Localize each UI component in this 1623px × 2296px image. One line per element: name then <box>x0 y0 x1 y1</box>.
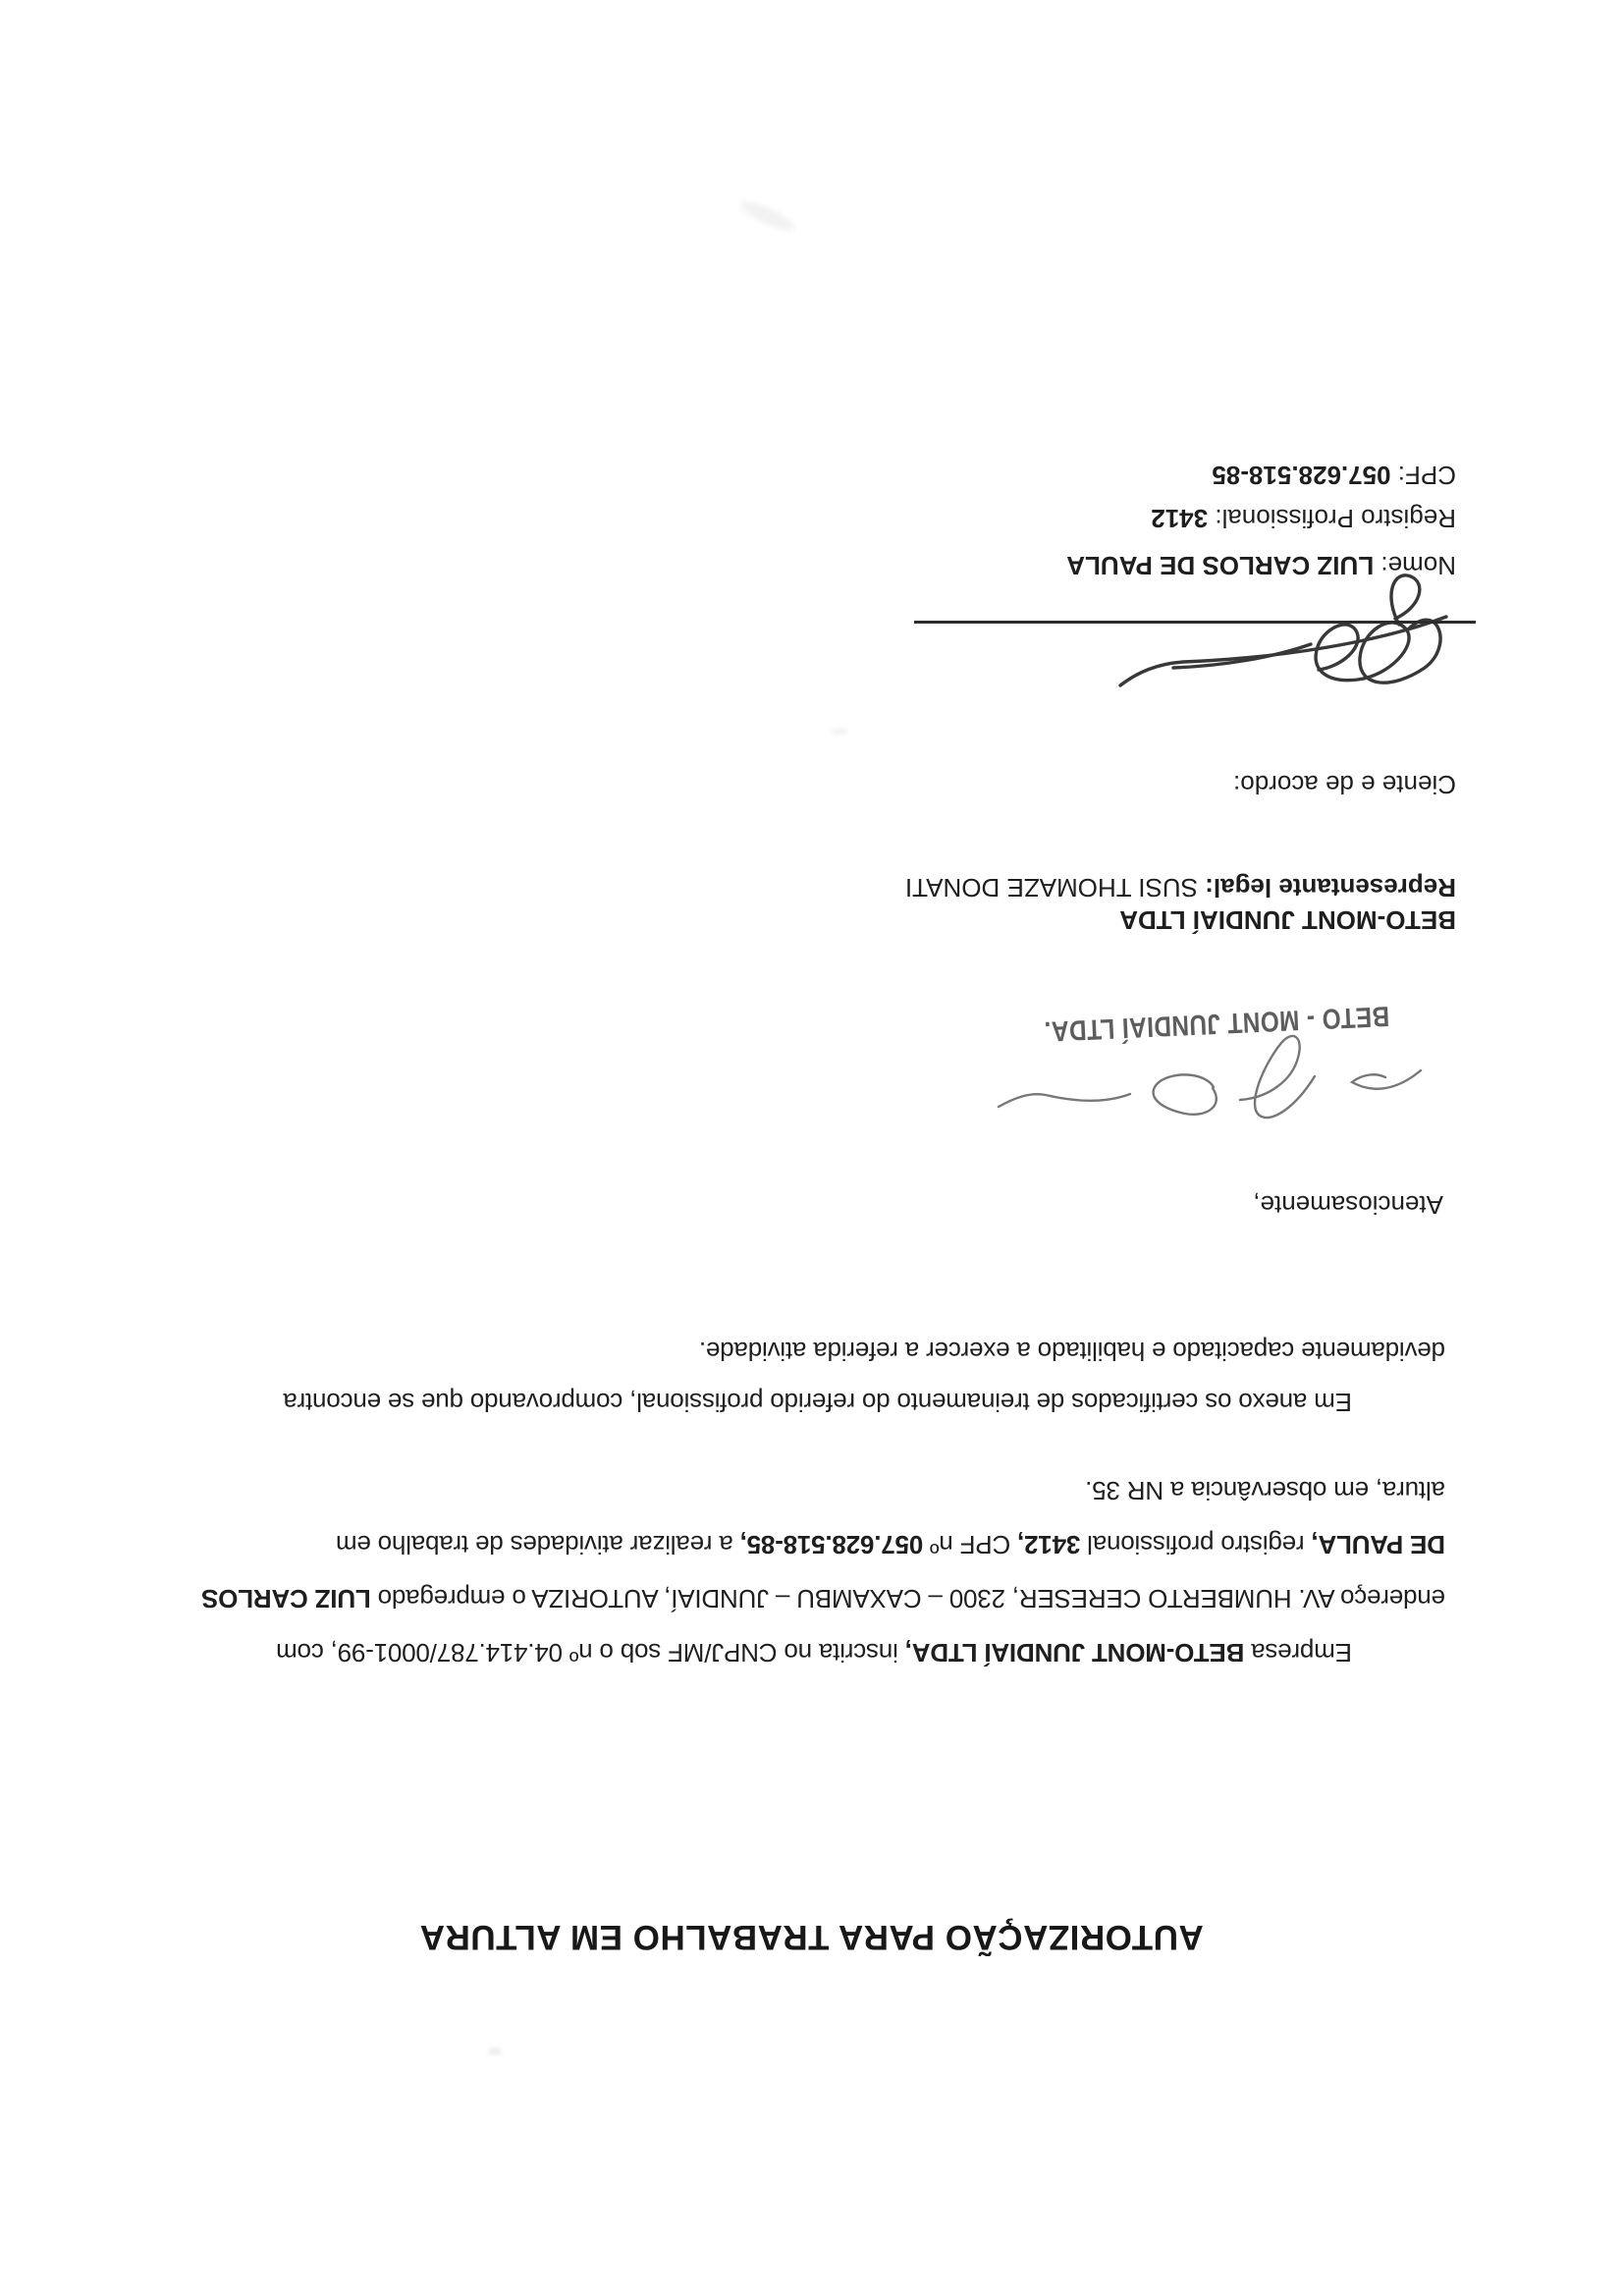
employee-cpf-line: CPF: 057.628.518-85 <box>1212 460 1456 490</box>
employee-name-bold: LUIZ CARLOS <box>201 1584 371 1613</box>
paragraph-line: devidamente capacitado e habilitado a ex… <box>139 1326 1445 1377</box>
cpf-number-bold: 057.628.518-85, <box>740 1530 923 1559</box>
paragraph-line: Em anexo os certificados de treinamento … <box>139 1377 1445 1428</box>
attachments-paragraph: Em anexo os certificados de treinamento … <box>139 1326 1445 1428</box>
acknowledgement-label: Ciente e de acordo: <box>1233 769 1456 799</box>
document-title: AUTORIZAÇÃO PARA TRABALHO EM ALTURA <box>0 1917 1623 1956</box>
paragraph-line: altura, em observância a NR 35. <box>139 1463 1445 1517</box>
name-label: Nome: <box>1374 551 1456 580</box>
text-segment: endereço AV. HUMBERTO CERESER, 2300 – CA… <box>371 1584 1445 1613</box>
paragraph-line: Empresa BETO-MONT JUNDIAÍ LTDA, inscrita… <box>139 1625 1445 1679</box>
text-segment: Em anexo os certificados de treinamento … <box>284 1388 1352 1417</box>
signature-line <box>914 621 1476 624</box>
text-segment: Empresa <box>1244 1638 1352 1667</box>
registry-value: 3412 <box>1151 504 1208 533</box>
text-segment: a realizar atividades de trabalho em <box>336 1530 740 1559</box>
employee-name-bold: DE PAULA, <box>1312 1530 1445 1559</box>
representative-name: SUSI THOMAZE DONATI <box>905 873 1198 902</box>
text-segment: registro profissional <box>1080 1530 1311 1559</box>
representative-line: Representante legal: SUSI THOMAZE DONATI <box>905 872 1456 902</box>
company-name-line: BETO-MONT JUNDIAÍ LTDA <box>1119 904 1456 935</box>
text-segment: inscrita no CNPJ/MF sob o nº 04.414.787/… <box>276 1638 905 1667</box>
text-segment: CPF nº <box>923 1530 1017 1559</box>
registry-number-bold: 3412, <box>1017 1530 1080 1559</box>
paragraph-line: endereço AV. HUMBERTO CERESER, 2300 – CA… <box>139 1571 1445 1625</box>
employee-name-line: Nome: LUIZ CARLOS DE PAULA <box>1066 550 1456 580</box>
representative-label: Representante legal: <box>1198 873 1456 902</box>
scanned-document-page: AUTORIZAÇÃO PARA TRABALHO EM ALTURA Empr… <box>0 0 1623 2296</box>
name-value: LUIZ CARLOS DE PAULA <box>1066 551 1374 580</box>
text-segment: altura, em observância a NR 35. <box>1085 1476 1445 1505</box>
cpf-value: 057.628.518-85 <box>1212 461 1390 490</box>
document-content-rotated-180: AUTORIZAÇÃO PARA TRABALHO EM ALTURA Empr… <box>0 0 1623 2296</box>
employee-registry-line: Registro Profissional: 3412 <box>1151 503 1456 533</box>
registry-label: Registro Profissional: <box>1208 504 1456 533</box>
closing-salutation: Atenciosamente, <box>1253 1189 1443 1220</box>
authorization-paragraph: Empresa BETO-MONT JUNDIAÍ LTDA, inscrita… <box>139 1463 1445 1679</box>
text-segment: devidamente capacitado e habilitado a ex… <box>699 1337 1445 1366</box>
paragraph-line: DE PAULA, registro profissional 3412, CP… <box>139 1517 1445 1571</box>
cpf-label: CPF: <box>1391 461 1456 490</box>
company-name-bold: BETO-MONT JUNDIAÍ LTDA, <box>905 1638 1244 1667</box>
